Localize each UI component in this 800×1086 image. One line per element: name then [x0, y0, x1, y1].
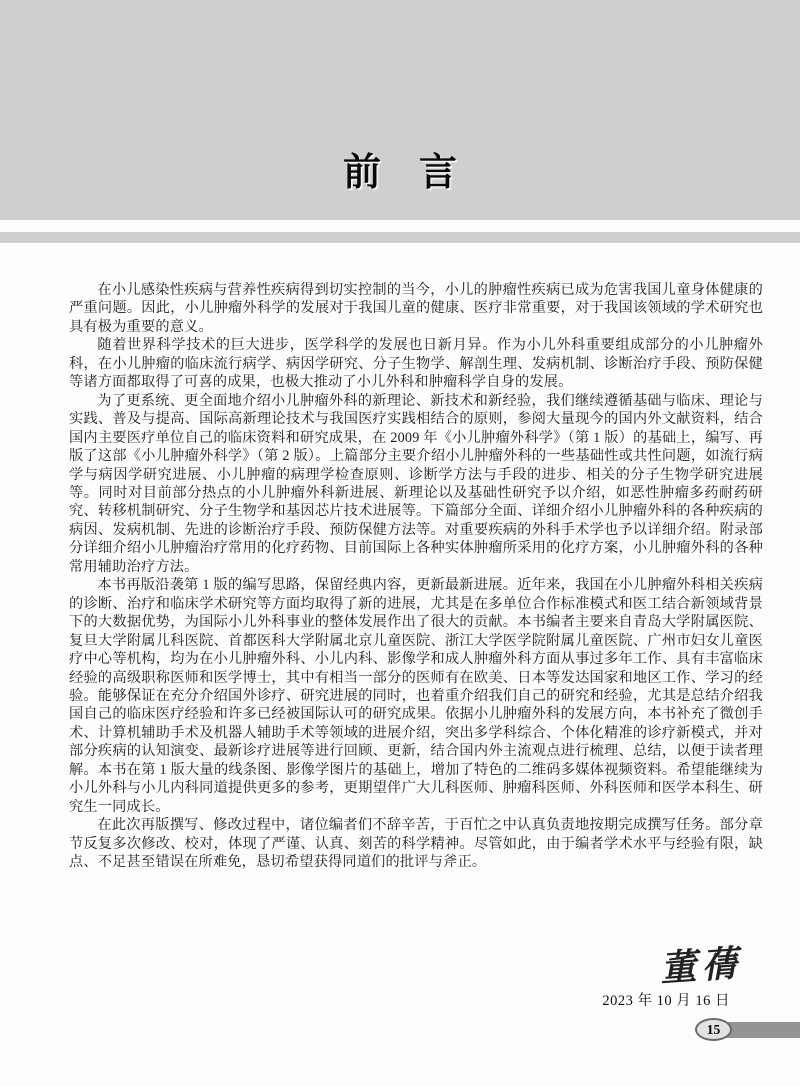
paragraph-3: 为了更系统、更全面地介绍小儿肿瘤外科的新理论、新技术和新经验，我们继续遵循基础与…: [69, 392, 763, 577]
paragraph-4: 本书再版沿袭第 1 版的编写思路，保留经典内容，更新最新进展。近年来，我国在小儿…: [69, 576, 763, 816]
divider-strip: [0, 232, 800, 243]
paragraph-5: 在此次再版撰写、修改过程中，诸位编者们不辞辛苦，于百忙之中认真负责地按期完成撰写…: [69, 816, 763, 871]
preface-text: 在小儿感染性疾病与营养性疾病得到切实控制的当今，小儿的肿瘤性疾病已成为危害我国儿…: [69, 281, 763, 872]
page-title: 前 言: [0, 141, 800, 196]
signature-date: 2023 年 10 月 16 日: [602, 989, 730, 1010]
page-number-badge: 15: [695, 1018, 732, 1041]
book-page: 前 言 在小儿感染性疾病与营养性疾病得到切实控制的当今，小儿的肿瘤性疾病已成为危…: [0, 0, 800, 1086]
paragraph-1: 在小儿感染性疾病与营养性疾病得到切实控制的当今，小儿的肿瘤性疾病已成为危害我国儿…: [69, 281, 763, 336]
paragraph-2: 随着世界科学技术的巨大进步，医学科学的发展也日新月异。作为小儿外科重要组成部分的…: [69, 336, 763, 391]
page-number: 15: [707, 1022, 721, 1038]
author-signature: 董蒨: [658, 935, 743, 992]
